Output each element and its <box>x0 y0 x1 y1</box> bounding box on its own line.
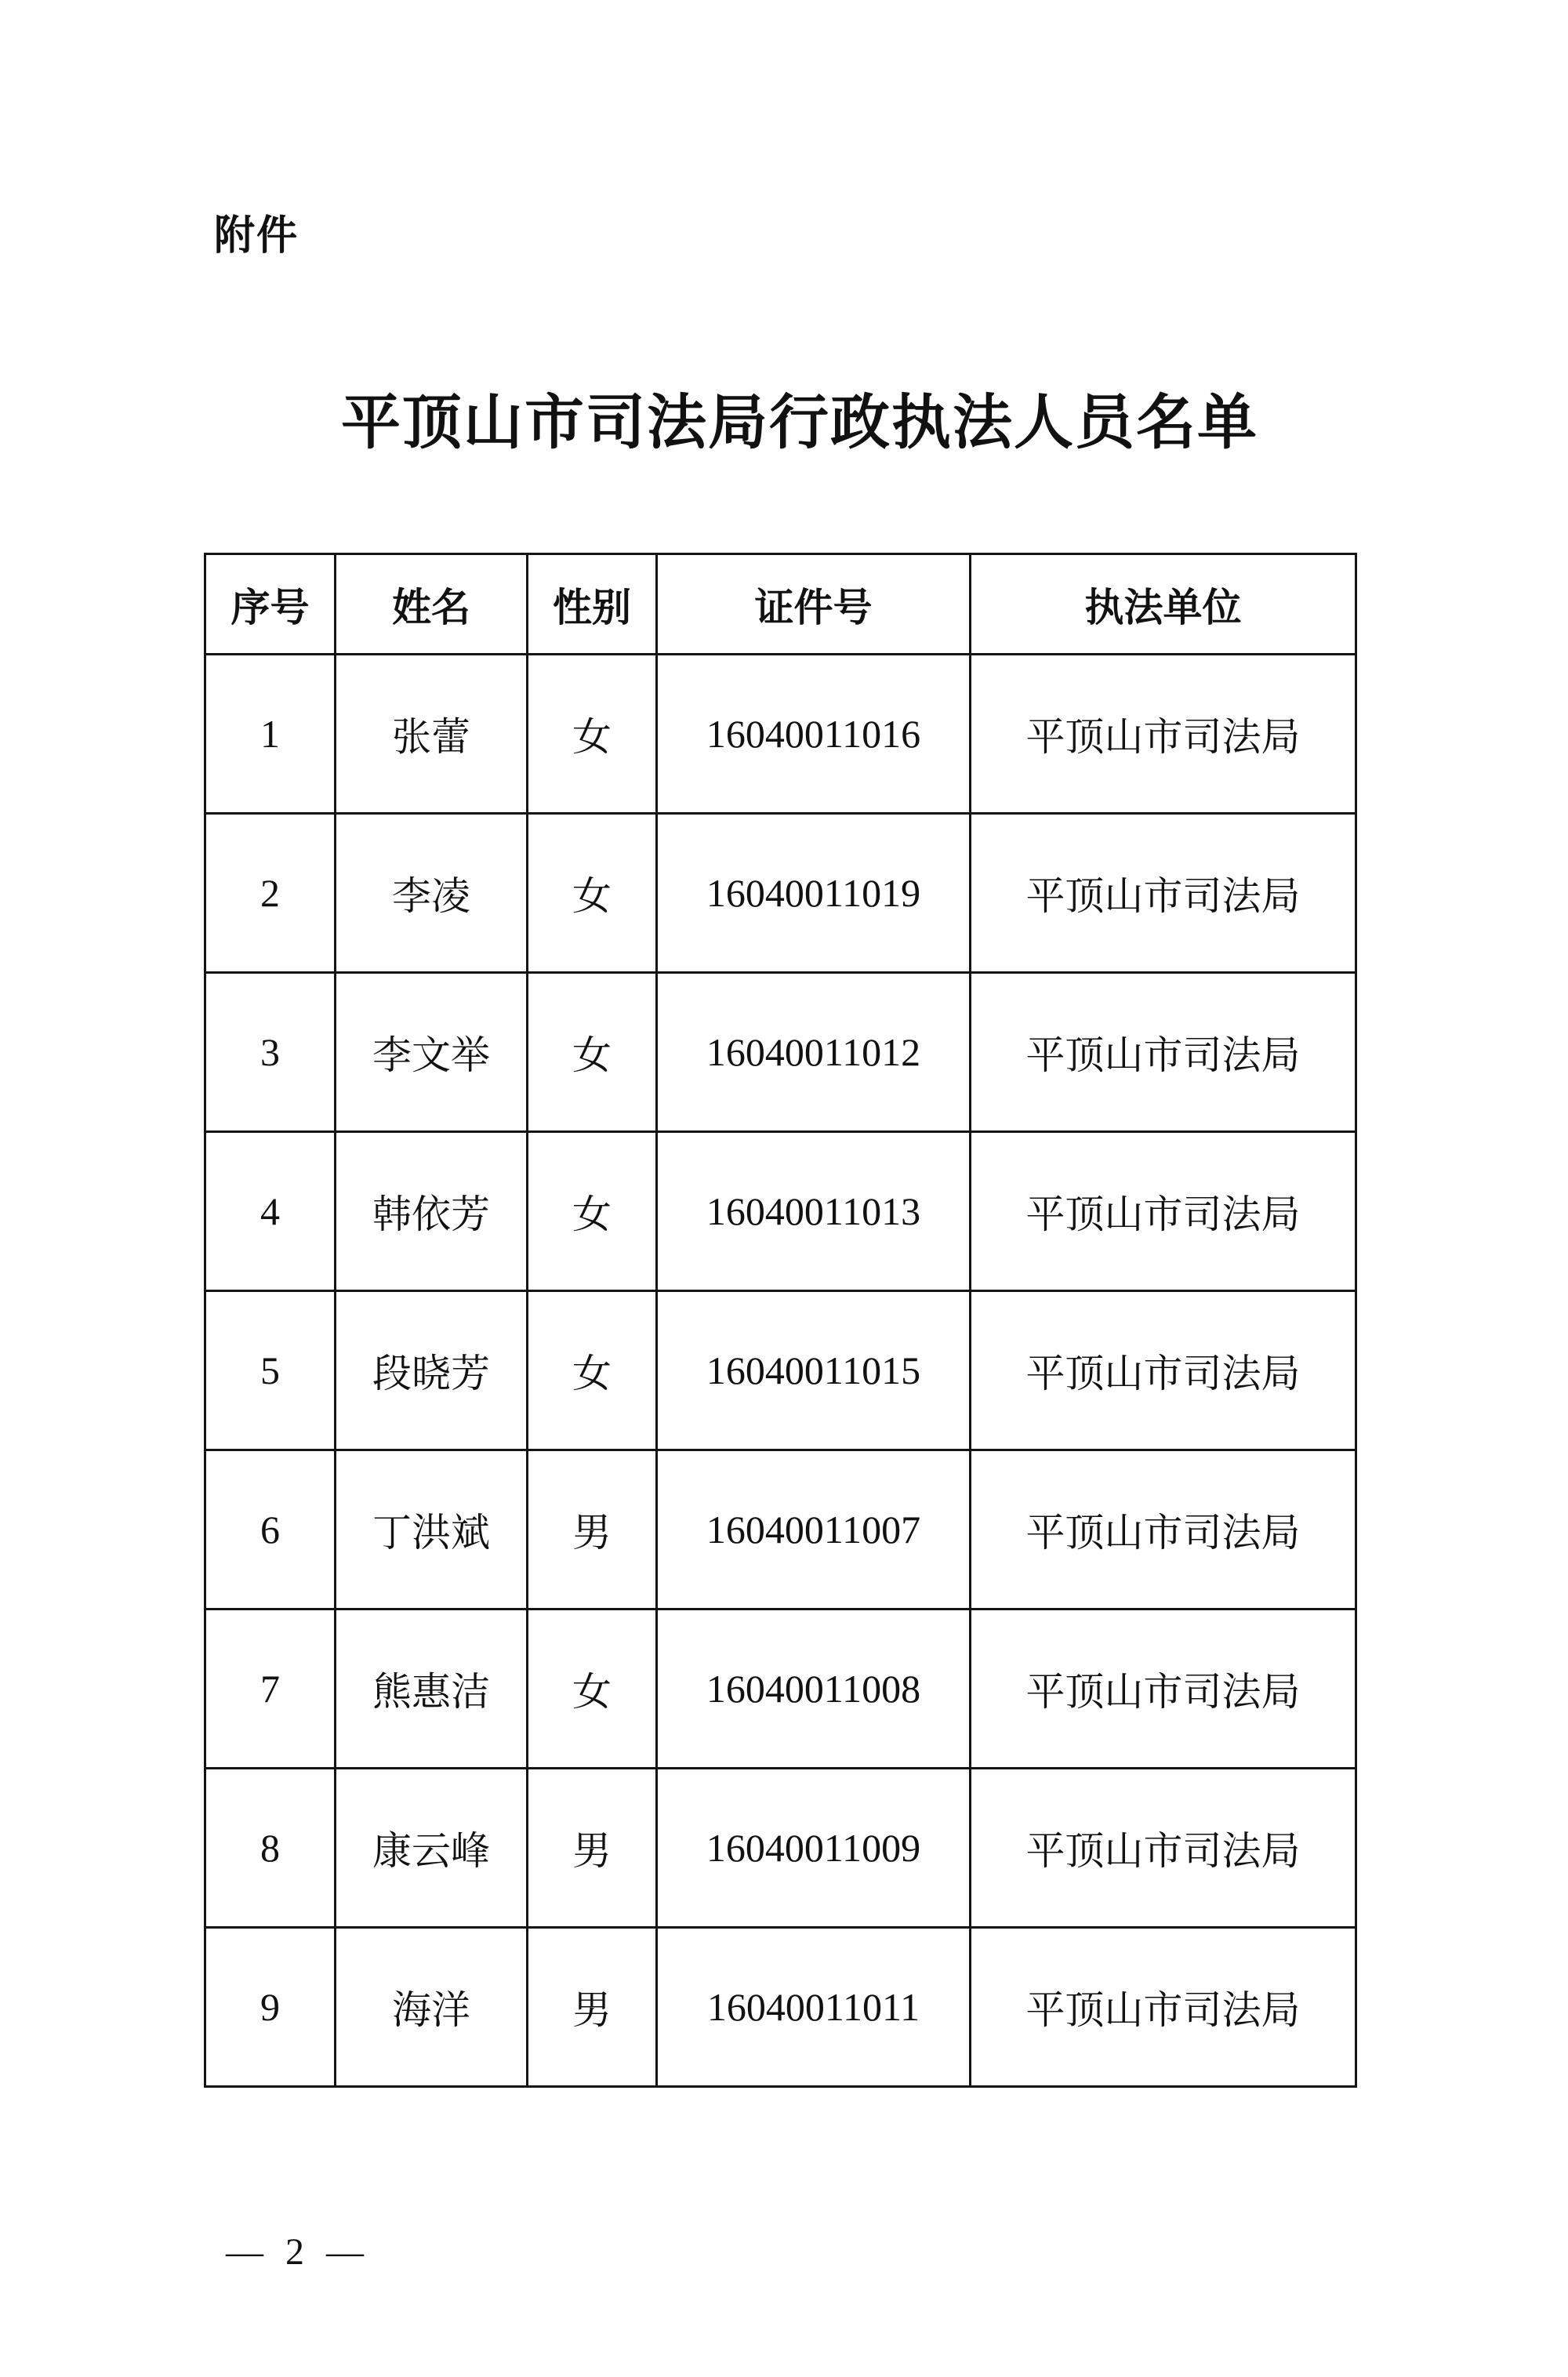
row-number: 4 <box>205 1132 336 1291</box>
certificate-id: 16040011015 <box>657 1291 971 1450</box>
certificate-id: 16040011008 <box>657 1609 971 1769</box>
certificate-id: 16040011016 <box>657 655 971 814</box>
person-gender: 女 <box>528 1132 657 1291</box>
personnel-table: 序号 姓名 性别 证件号 执法单位 1 张蕾 女 16040011016 平顶山… <box>204 553 1357 2088</box>
certificate-id: 16040011007 <box>657 1450 971 1609</box>
row-number: 2 <box>205 814 336 973</box>
person-name: 熊惠洁 <box>336 1609 528 1769</box>
document-title: 平顶山市司法局行政执法人员名单 <box>0 375 1568 460</box>
person-gender: 女 <box>528 814 657 973</box>
person-name: 海洋 <box>336 1928 528 2087</box>
person-gender: 男 <box>528 1928 657 2087</box>
header-no: 序号 <box>205 554 336 655</box>
person-gender: 男 <box>528 1769 657 1928</box>
table-row: 4 韩依芳 女 16040011013 平顶山市司法局 <box>205 1132 1356 1291</box>
attachment-label: 附件 <box>214 202 299 261</box>
person-name: 李凌 <box>336 814 528 973</box>
row-number: 3 <box>205 973 336 1132</box>
table-row: 8 康云峰 男 16040011009 平顶山市司法局 <box>205 1769 1356 1928</box>
certificate-id: 16040011011 <box>657 1928 971 2087</box>
person-name: 李文举 <box>336 973 528 1132</box>
person-gender: 女 <box>528 1609 657 1769</box>
person-name: 康云峰 <box>336 1769 528 1928</box>
person-gender: 女 <box>528 1291 657 1450</box>
header-unit: 执法单位 <box>971 554 1356 655</box>
enforcement-unit: 平顶山市司法局 <box>971 655 1356 814</box>
table-row: 9 海洋 男 16040011011 平顶山市司法局 <box>205 1928 1356 2087</box>
row-number: 7 <box>205 1609 336 1769</box>
header-gender: 性别 <box>528 554 657 655</box>
person-name: 韩依芳 <box>336 1132 528 1291</box>
row-number: 8 <box>205 1769 336 1928</box>
person-gender: 男 <box>528 1450 657 1609</box>
row-number: 5 <box>205 1291 336 1450</box>
person-name: 丁洪斌 <box>336 1450 528 1609</box>
enforcement-unit: 平顶山市司法局 <box>971 1291 1356 1450</box>
certificate-id: 16040011019 <box>657 814 971 973</box>
page-number: — 2 — <box>226 2230 370 2274</box>
table-row: 5 段晓芳 女 16040011015 平顶山市司法局 <box>205 1291 1356 1450</box>
table-row: 3 李文举 女 16040011012 平顶山市司法局 <box>205 973 1356 1132</box>
enforcement-unit: 平顶山市司法局 <box>971 973 1356 1132</box>
certificate-id: 16040011013 <box>657 1132 971 1291</box>
person-gender: 女 <box>528 973 657 1132</box>
certificate-id: 16040011009 <box>657 1769 971 1928</box>
enforcement-unit: 平顶山市司法局 <box>971 1609 1356 1769</box>
person-name: 张蕾 <box>336 655 528 814</box>
table-row: 7 熊惠洁 女 16040011008 平顶山市司法局 <box>205 1609 1356 1769</box>
person-name: 段晓芳 <box>336 1291 528 1450</box>
header-name: 姓名 <box>336 554 528 655</box>
table-row: 6 丁洪斌 男 16040011007 平顶山市司法局 <box>205 1450 1356 1609</box>
enforcement-unit: 平顶山市司法局 <box>971 1132 1356 1291</box>
table-header-row: 序号 姓名 性别 证件号 执法单位 <box>205 554 1356 655</box>
enforcement-unit: 平顶山市司法局 <box>971 1769 1356 1928</box>
table-row: 1 张蕾 女 16040011016 平顶山市司法局 <box>205 655 1356 814</box>
header-id: 证件号 <box>657 554 971 655</box>
row-number: 9 <box>205 1928 336 2087</box>
table-row: 2 李凌 女 16040011019 平顶山市司法局 <box>205 814 1356 973</box>
person-gender: 女 <box>528 655 657 814</box>
enforcement-unit: 平顶山市司法局 <box>971 1928 1356 2087</box>
enforcement-unit: 平顶山市司法局 <box>971 814 1356 973</box>
row-number: 6 <box>205 1450 336 1609</box>
certificate-id: 16040011012 <box>657 973 971 1132</box>
enforcement-unit: 平顶山市司法局 <box>971 1450 1356 1609</box>
row-number: 1 <box>205 655 336 814</box>
